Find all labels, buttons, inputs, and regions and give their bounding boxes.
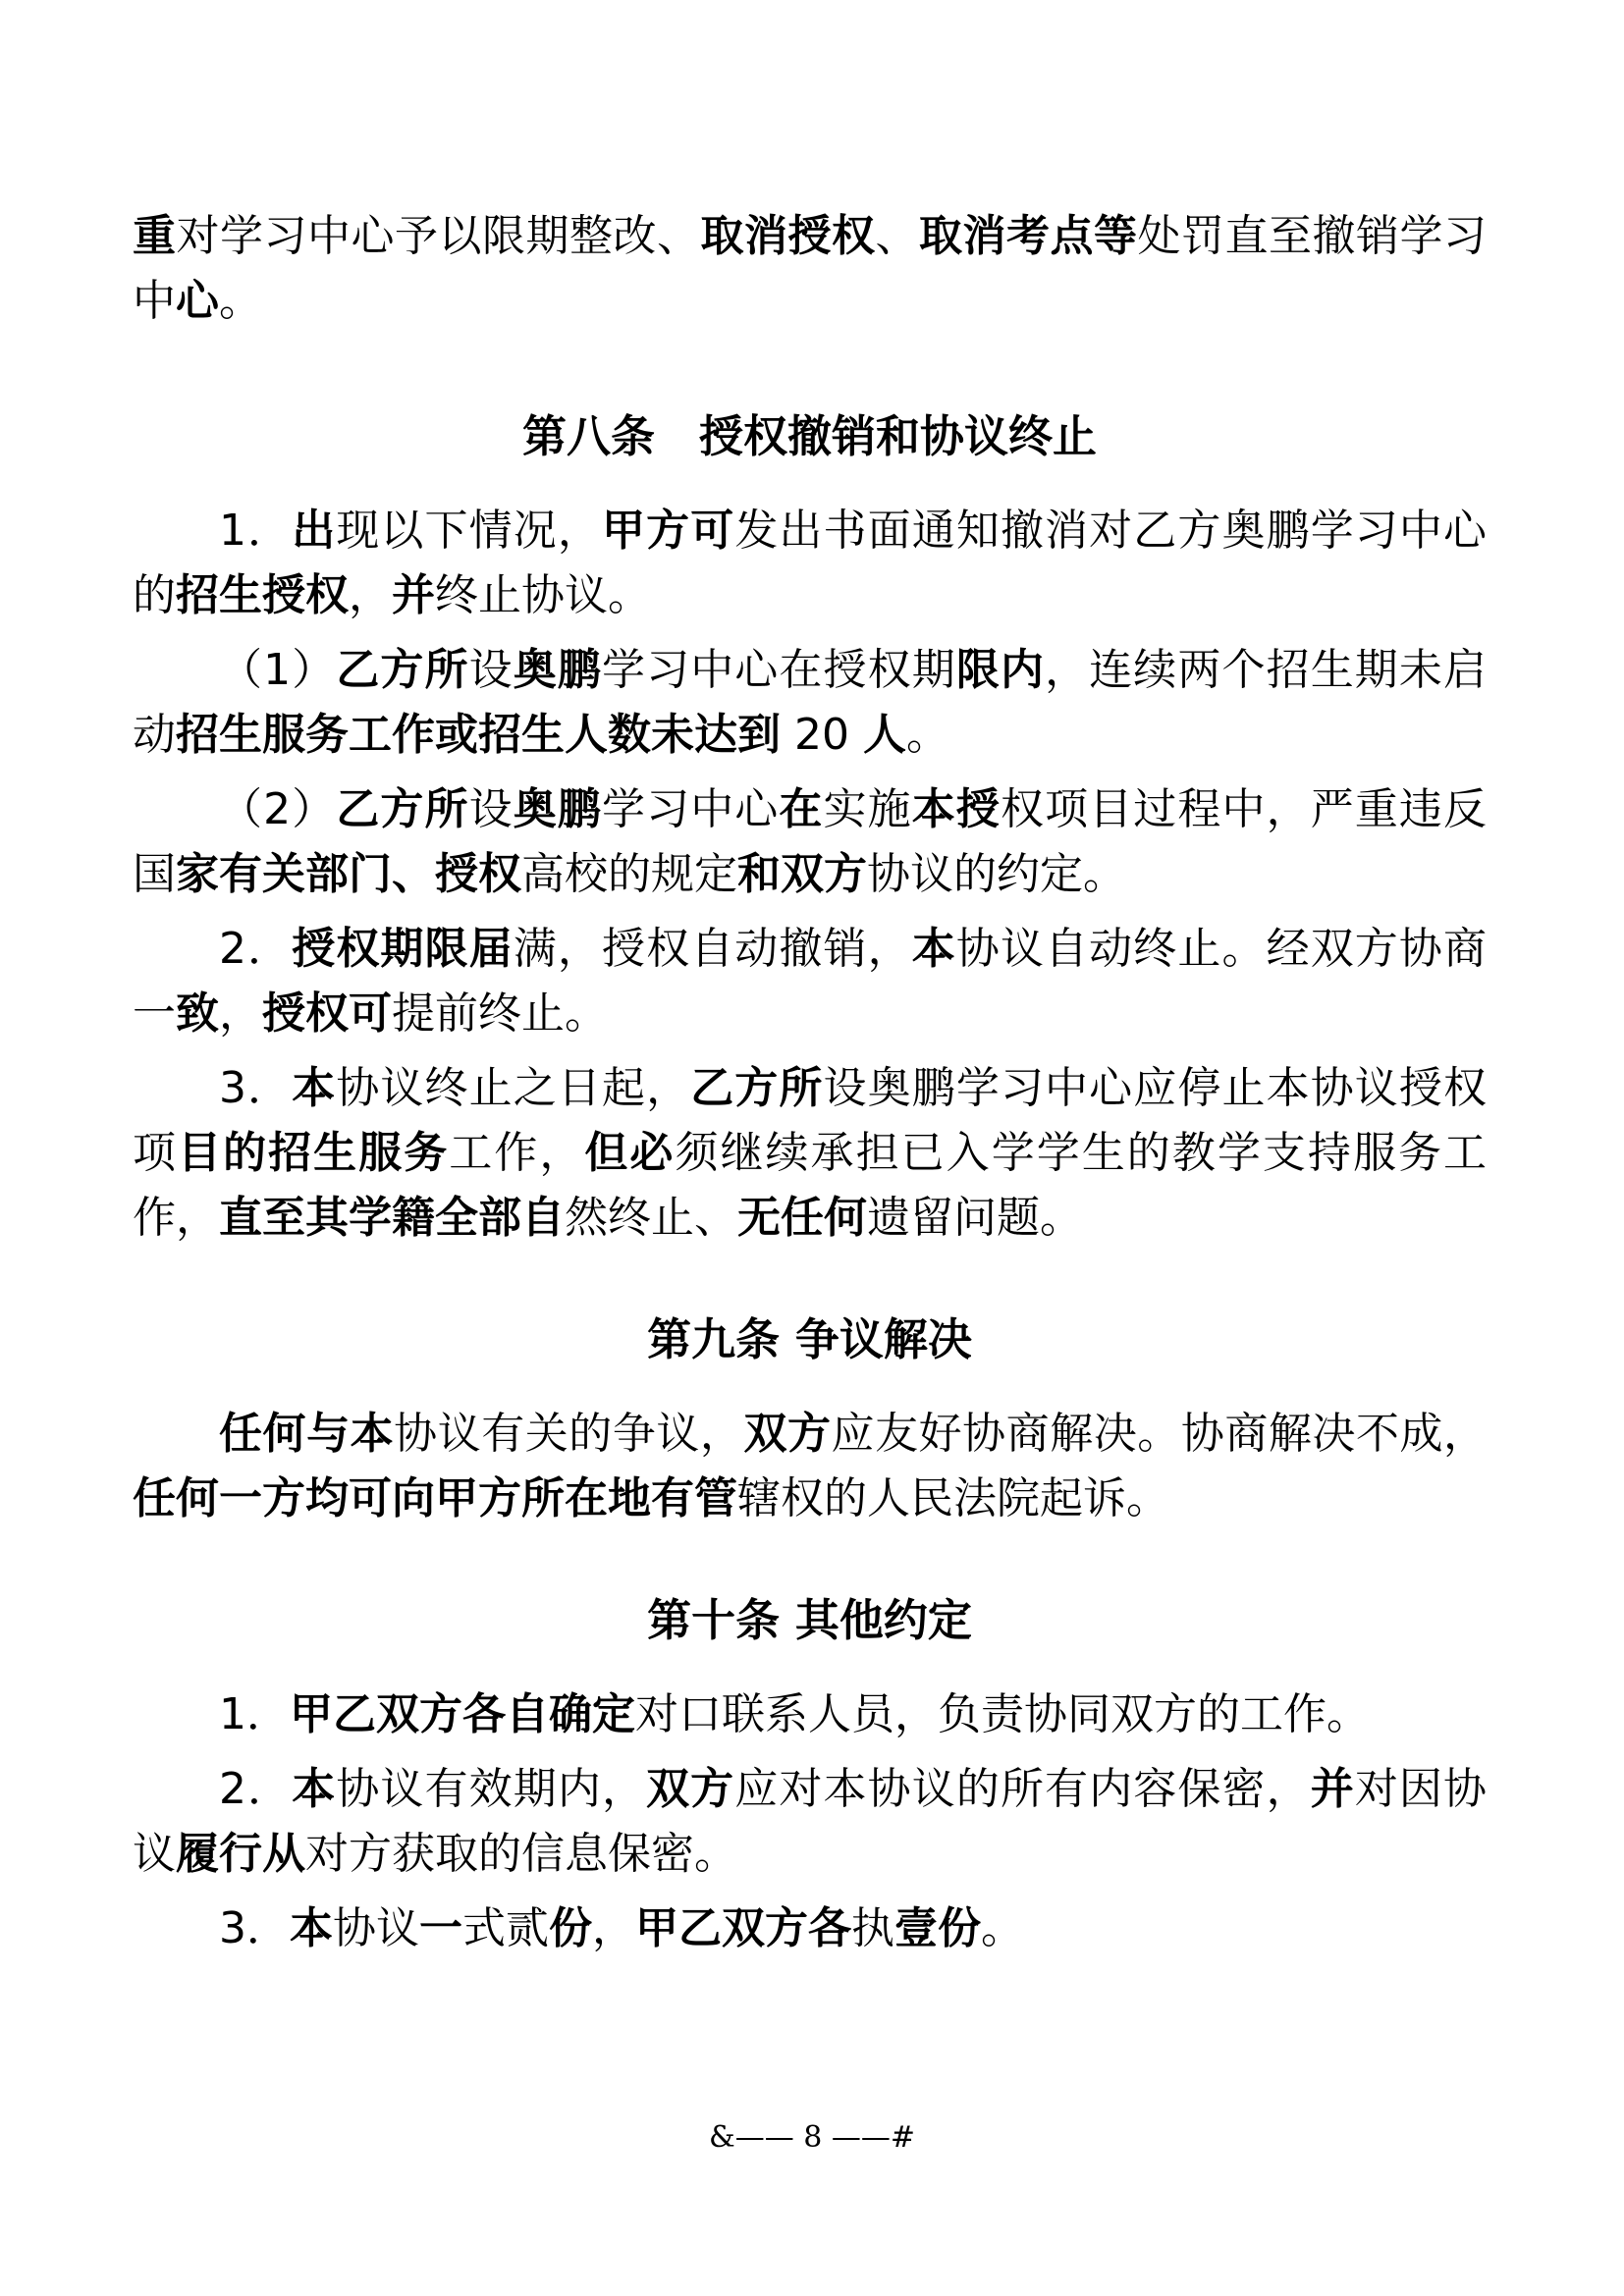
article-10-item-1: 1．甲乙双方各自确定对口联系人员，负责协同双方的工作。 bbox=[133, 1682, 1487, 1747]
article-8-sub-1: （1）乙方所设奥鹏学习中心在授权期限内，连续两个招生期未启动招生服务工作或招生人… bbox=[133, 638, 1487, 768]
article-9-heading: 第九条 争议解决 bbox=[133, 1308, 1487, 1372]
article-8-heading: 第八条 授权撤销和协议终止 bbox=[133, 404, 1487, 469]
document-page: 重对学习中心予以限期整改、取消授权、取消考点等处罚直至撤销学习中心。 第八条 授… bbox=[0, 0, 1624, 2296]
article-10-heading: 第十条 其他约定 bbox=[133, 1588, 1487, 1653]
continuation-paragraph: 重对学习中心予以限期整改、取消授权、取消考点等处罚直至撤销学习中心。 bbox=[133, 204, 1487, 334]
article-8-item-1: 1．出现以下情况，甲方可发出书面通知撤消对乙方奥鹏学习中心的招生授权，并终止协议… bbox=[133, 499, 1487, 628]
page-footer: &—— 8 ——# bbox=[0, 2118, 1624, 2158]
article-10-item-2: 2．本协议有效期内，双方应对本协议的所有内容保密，并对因协议履行从对方获取的信息… bbox=[133, 1757, 1487, 1887]
article-8-item-3: 3．本协议终止之日起，乙方所设奥鹏学习中心应停止本协议授权项目的招生服务工作，但… bbox=[133, 1056, 1487, 1251]
article-8-sub-2: （2）乙方所设奥鹏学习中心在实施本授权项目过程中，严重违反国家有关部门、授权高校… bbox=[133, 777, 1487, 907]
article-9-body: 任何与本协议有关的争议，双方应友好协商解决。协商解决不成，任何一方均可向甲方所在… bbox=[133, 1402, 1487, 1531]
article-10-item-3: 3．本协议一式贰份，甲乙双方各执壹份。 bbox=[133, 1896, 1487, 1961]
page-number: &—— 8 ——# bbox=[709, 2120, 915, 2155]
article-8-item-2: 2．授权期限届满，授权自动撤销，本协议自动终止。经双方协商一致，授权可提前终止。 bbox=[133, 917, 1487, 1046]
